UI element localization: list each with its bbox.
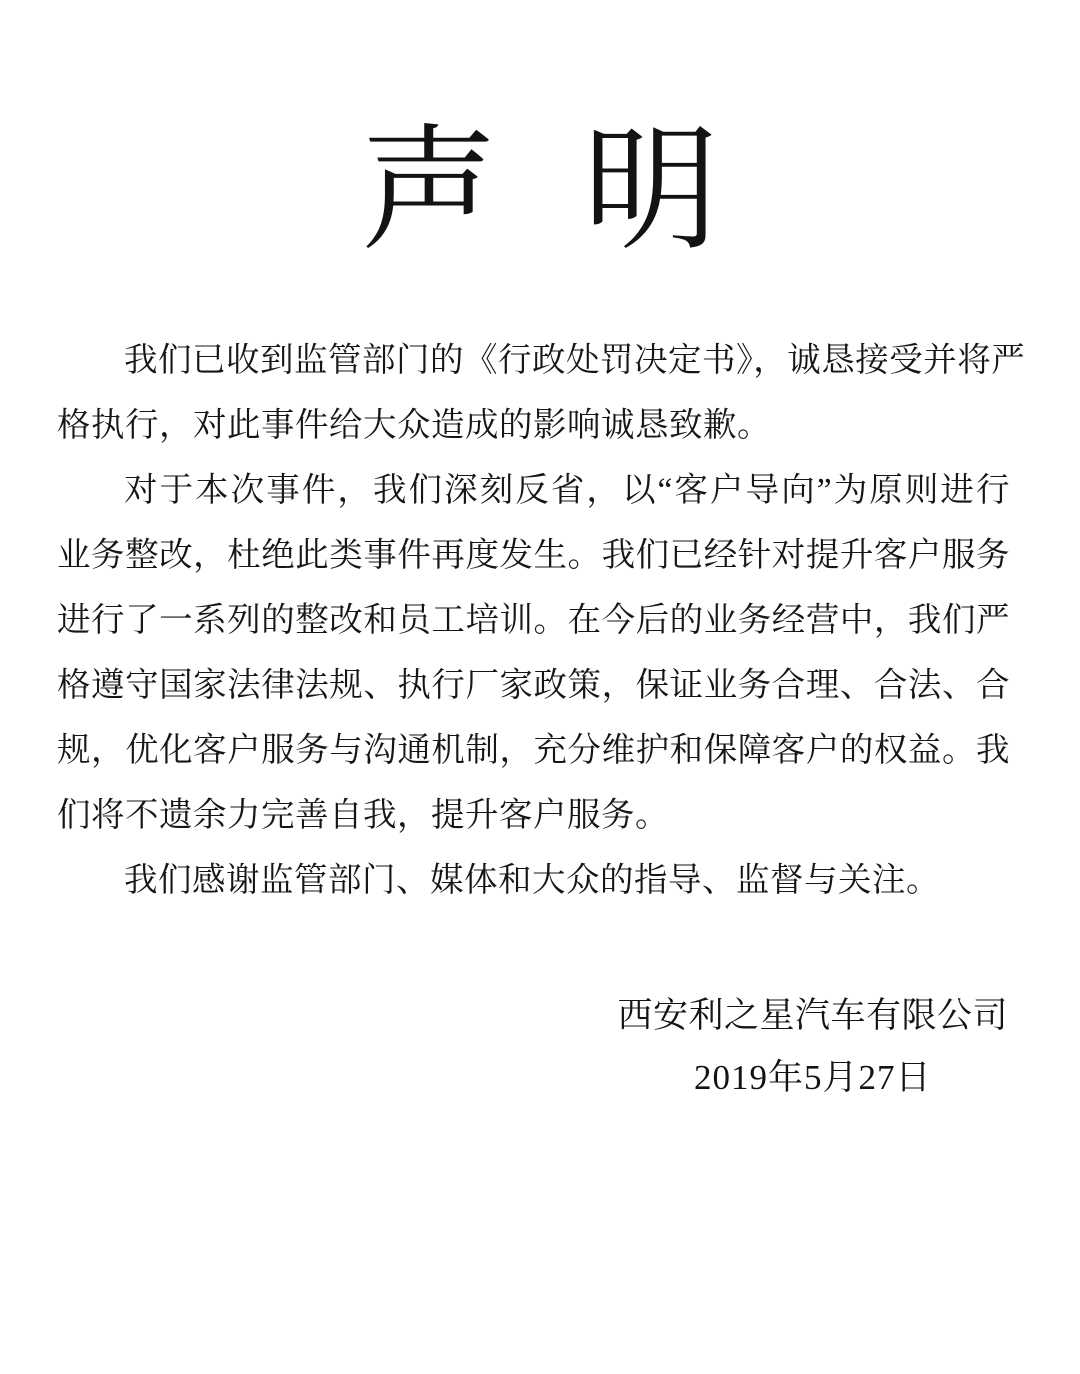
- body-line: 业务整改，杜绝此类事件再度发生。我们已经针对提升客户服务: [57, 523, 1010, 588]
- body-line: 规，优化客户服务与沟通机制，充分维护和保障客户的权益。我: [57, 718, 1010, 783]
- company-name: 西安利之星汽车有限公司: [617, 985, 1008, 1047]
- title-char-ming: 明: [583, 116, 719, 268]
- body-line: 我们已收到监管部门的《行政处罚决定书》，诚恳接受并将严: [57, 328, 1010, 393]
- signature-inner: 西安利之星汽车有限公司 2019年5月27日: [617, 985, 1008, 1109]
- signature-block: 西安利之星汽车有限公司 2019年5月27日: [0, 985, 1008, 1109]
- statement-title: 声 明: [0, 116, 1080, 268]
- title-char-sheng: 声: [361, 116, 497, 268]
- statement-date: 2019年5月27日: [617, 1047, 1008, 1109]
- body-line: 格遵守国家法律法规、执行厂家政策，保证业务合理、合法、合: [57, 653, 1010, 718]
- body-line: 我们感谢监管部门、媒体和大众的指导、监督与关注。: [57, 848, 1010, 913]
- statement-document: 声 明 我们已收到监管部门的《行政处罚决定书》，诚恳接受并将严 格执行，对此事件…: [0, 0, 1080, 1374]
- body-line: 格执行，对此事件给大众造成的影响诚恳致歉。: [57, 393, 1010, 458]
- body-line: 们将不遗余力完善自我，提升客户服务。: [57, 783, 1010, 848]
- body-line: 对于本次事件，我们深刻反省，以“客户导向”为原则进行: [57, 458, 1010, 523]
- body-line: 进行了一系列的整改和员工培训。在今后的业务经营中，我们严: [57, 588, 1010, 653]
- statement-body: 我们已收到监管部门的《行政处罚决定书》，诚恳接受并将严 格执行，对此事件给大众造…: [57, 328, 1010, 913]
